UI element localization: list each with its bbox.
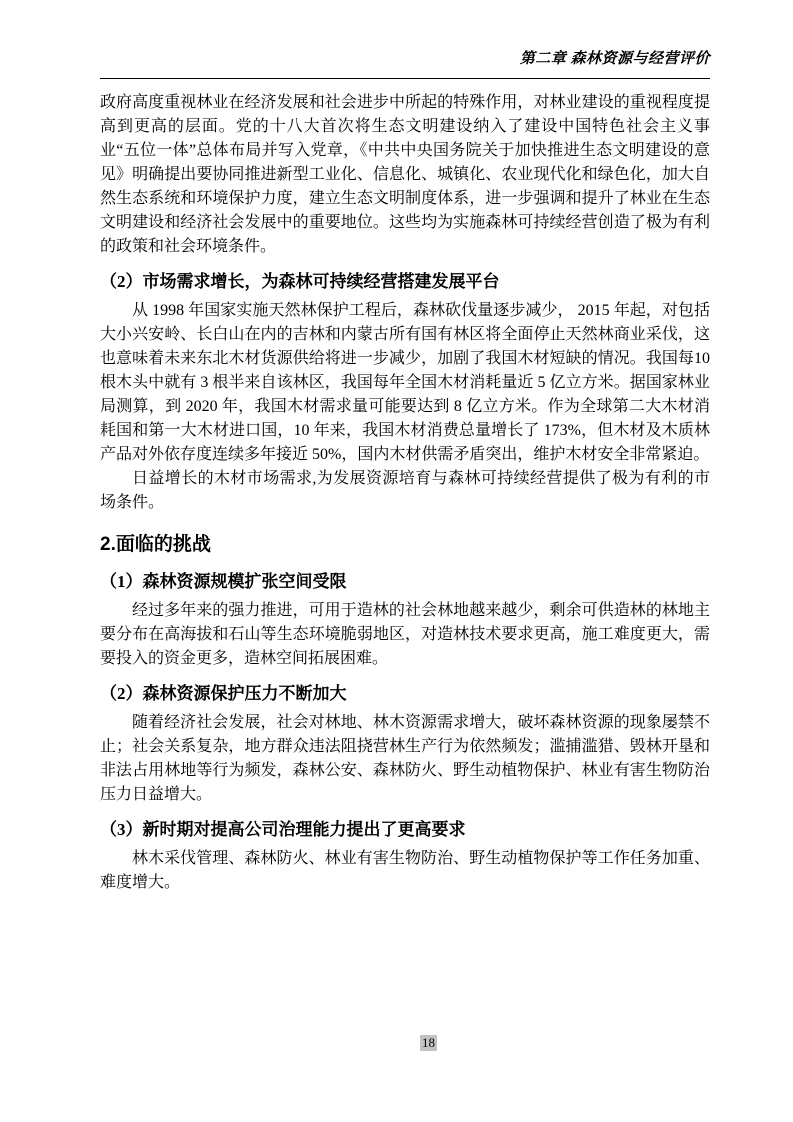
page-number: 18 bbox=[420, 1035, 437, 1051]
heading-challenge-3: （3）新时期对提高公司治理能力提出了更高要求 bbox=[100, 817, 710, 843]
heading-challenge-1: （1）森林资源规模扩张空间受限 bbox=[100, 569, 710, 595]
chapter-header: 第二章 森林资源与经营评价 bbox=[100, 0, 710, 69]
paragraph-challenge-3: 林木采伐管理、森林防火、林业有害生物防治、野生动植物保护等工作任务加重、难度增大… bbox=[100, 847, 710, 895]
content-column: 第二章 森林资源与经营评价 政府高度重视林业在经济发展和社会进步中所起的特殊作用… bbox=[100, 0, 710, 895]
paragraph-challenge-2: 随着经济社会发展，社会对林地、林木资源需求增大，破坏森林资源的现象屡禁不止；社会… bbox=[100, 711, 710, 807]
paragraph-challenge-1: 经过多年来的强力推进，可用于造林的社会林地越来越少，剩余可供造林的林地主要分布在… bbox=[100, 599, 710, 671]
paragraph-intro: 政府高度重视林业在经济发展和社会进步中所起的特殊作用，对林业建设的重视程度提高到… bbox=[100, 91, 710, 259]
paragraph-market-1: 从 1998 年国家实施天然林保护工程后，森林砍伐量逐步减少， 2015 年起，… bbox=[100, 299, 710, 467]
heading-challenges: 2.面临的挑战 bbox=[100, 531, 710, 559]
heading-challenge-2: （2）森林资源保护压力不断加大 bbox=[100, 681, 710, 707]
header-rule bbox=[100, 78, 710, 79]
heading-market-demand: （2）市场需求增长，为森林可持续经营搭建发展平台 bbox=[100, 269, 710, 295]
document-page: 第二章 森林资源与经营评价 政府高度重视林业在经济发展和社会进步中所起的特殊作用… bbox=[0, 0, 793, 1122]
paragraph-market-2: 日益增长的木材市场需求,为发展资源培育与森林可持续经营提供了极为有利的市场条件。 bbox=[100, 467, 710, 515]
